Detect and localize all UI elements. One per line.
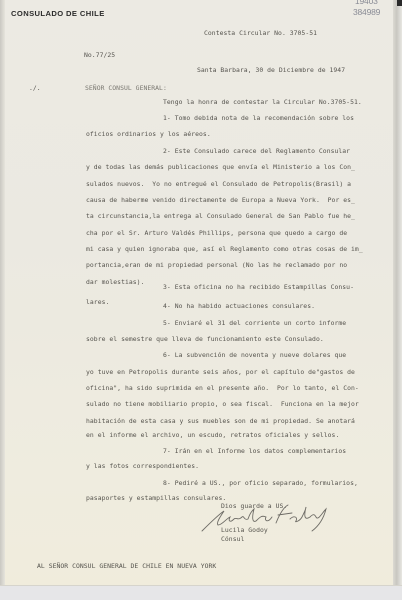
body-line: mi casa y quien ignoraba que, así el Reg… — [86, 245, 363, 253]
body-line: sobre el semestre que lleva de funcionam… — [86, 335, 324, 343]
margin-mark: ./. — [29, 84, 41, 92]
reference-line: Contesta Circular No. 3705-51 — [204, 29, 317, 37]
body-line: dar molestias). — [86, 278, 144, 286]
body-line: 7- Irán en el Informe los datos compleme… — [163, 447, 346, 455]
body-line: 4- No ha habido actuaciones consulares. — [163, 302, 315, 310]
body-line: sulado no tiene mobiliario propio, o sea… — [86, 400, 359, 408]
archive-number-top: 19403 — [355, 0, 378, 6]
body-line: 1- Tomo debida nota de la recomendación … — [163, 114, 354, 122]
body-line: en el informe el archivo, un escudo, ret… — [86, 431, 339, 439]
body-line: cha por el Sr. Arturo Valdés Phillips, p… — [86, 229, 347, 237]
body-line: y las fotos correspondientes. — [86, 462, 199, 470]
body-line: y de todas las demás publicaciones que e… — [86, 163, 355, 171]
body-line: oficios ordinarios y los aéreos. — [86, 130, 211, 138]
body-line: 2- Este Consulado carece del Reglamento … — [163, 147, 350, 155]
body-line: yo tuve en Petropolis durante seis años,… — [86, 368, 355, 376]
body-line: lares. — [86, 298, 109, 306]
body-line: portancia,eran de mi propiedad personal … — [86, 261, 347, 269]
scan-corner-mark — [397, 0, 402, 6]
signer-name: Lucila Godoy — [221, 526, 268, 534]
body-line: 8- Pediré a US., por oficio separado, fo… — [163, 479, 358, 487]
archive-number: 384989 — [353, 8, 380, 17]
body-line: ta circunstancia,la entrega al Consulado… — [86, 212, 355, 220]
body-line: Tengo la honra de contestar la Circular … — [163, 98, 362, 106]
addressee: AL SEÑOR CONSUL GENERAL DE CHILE EN NUEV… — [37, 562, 216, 570]
scanned-letter-page: CONSULADO DE CHILE 19403 384989 Contesta… — [0, 0, 402, 600]
scanner-bed-strip — [0, 585, 402, 600]
body-line: oficina", ha sido suprimida en el presen… — [86, 384, 359, 392]
body-line: habitación de esta casa y sus muebles so… — [86, 417, 355, 425]
salutation: SEÑOR CONSUL GENERAL: — [85, 84, 167, 92]
body-line: 6- La subvención de noventa y nueve dola… — [163, 351, 346, 359]
body-line: 3- Esta oficina no ha recibido Estampill… — [163, 283, 354, 291]
place-date: Santa Barbara, 30 de Diciembre de 1947 — [197, 66, 345, 74]
page-right-edge — [393, 0, 402, 585]
body-line: 5- Enviaré el 31 del corriente un corto … — [163, 319, 346, 327]
body-line: sulados nuevos. Yo no entregué el Consul… — [86, 180, 351, 188]
page-left-shadow — [0, 0, 5, 585]
letterhead: CONSULADO DE CHILE — [11, 9, 105, 18]
body-line: pasaportes y estampillas consulares. — [86, 494, 226, 502]
signer-title: Cónsul — [221, 535, 244, 543]
body-line: causa de haberme venido directamente de … — [86, 196, 355, 204]
file-number: No.77/25 — [84, 51, 115, 59]
